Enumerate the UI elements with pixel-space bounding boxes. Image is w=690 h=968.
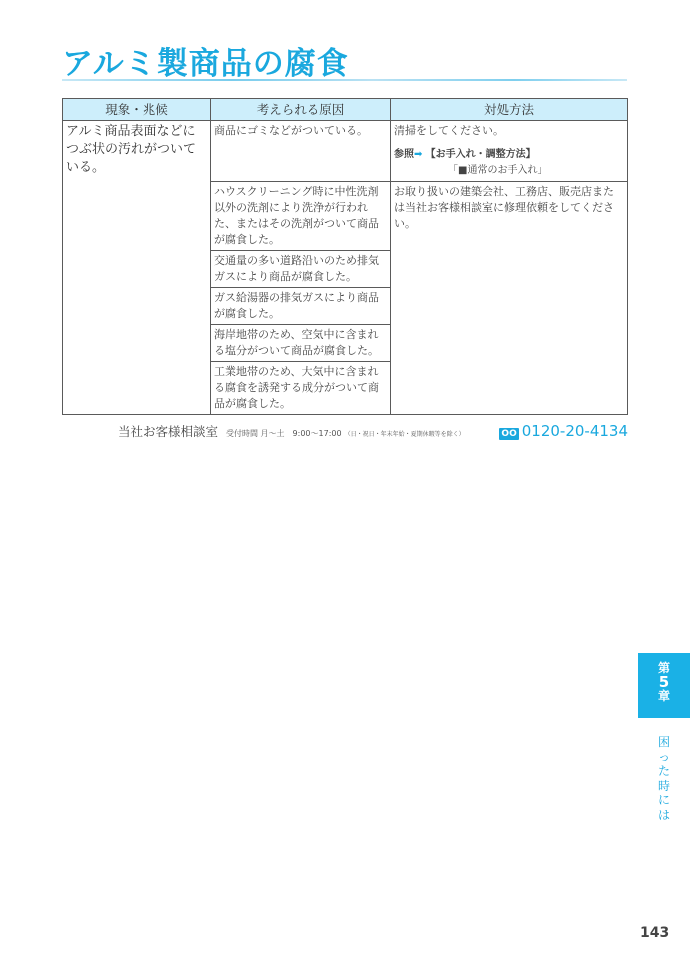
reference-label: 参照 — [394, 149, 414, 160]
remedy-text: 清掃をしてください。 — [394, 123, 624, 139]
cause-cell: 海岸地帯のため、空気中に含まれる塩分がついて商品が腐食した。 — [211, 325, 391, 362]
contact-hours: 受付時間 月～土 9:00～17:00 — [226, 428, 342, 439]
reference-subsection: 「■通常のお手入れ」 — [394, 163, 624, 179]
remedy-cell: お取り扱いの建築会社、工務店、販売店または当社お客様相談室に修理依頼をしてくださ… — [391, 182, 628, 415]
arrow-right-icon: ➡ — [414, 149, 422, 160]
cause-cell: ハウスクリーニング時に中性洗剤以外の洗剤により洗浄が行われた、またはその洗剤がつ… — [211, 182, 391, 251]
freedial-icon: OO — [499, 428, 518, 440]
title-underline — [62, 79, 627, 81]
symptom-cell: アルミ商品表面などにつぶ状の汚れがついている。 — [63, 121, 211, 415]
page-number: 143 — [640, 925, 669, 941]
chapter-suffix: 章 — [658, 689, 670, 703]
header-symptom: 現象・兆候 — [63, 99, 211, 121]
cause-cell: 交通量の多い道路沿いのため排気ガスにより商品が腐食した。 — [211, 251, 391, 288]
customer-contact: 当社お客様相談室 受付時間 月～土 9:00～17:00 （日・祝日・年末年始・… — [118, 422, 628, 440]
reference-link[interactable]: 参照➡ 【お手入れ・調整方法】 「■通常のお手入れ」 — [394, 147, 624, 179]
page-title: アルミ製商品の腐食 — [62, 38, 349, 83]
contact-hours-note: （日・祝日・年末年始・夏期休暇等を除く） — [345, 429, 465, 438]
chapter-label: 困った時には — [656, 735, 672, 822]
reference-section: 【お手入れ・調整方法】 — [426, 149, 536, 160]
header-cause: 考えられる原因 — [211, 99, 391, 121]
troubleshooting-table: 現象・兆候 考えられる原因 対処方法 アルミ商品表面などにつぶ状の汚れがついてい… — [62, 98, 628, 415]
table-row: アルミ商品表面などにつぶ状の汚れがついている。 商品にゴミなどがついている。 清… — [63, 121, 628, 182]
cause-cell: ガス給湯器の排気ガスにより商品が腐食した。 — [211, 288, 391, 325]
cause-cell: 工業地帯のため、大気中に含まれる腐食を誘発する成分がついて商品が腐食した。 — [211, 362, 391, 415]
contact-name: 当社お客様相談室 — [118, 422, 218, 440]
header-remedy: 対処方法 — [391, 99, 628, 121]
phone-number[interactable]: 0120-20-4134 — [522, 422, 628, 440]
chapter-number: 5 — [638, 675, 690, 689]
table-header-row: 現象・兆候 考えられる原因 対処方法 — [63, 99, 628, 121]
remedy-cell: 清掃をしてください。 参照➡ 【お手入れ・調整方法】 「■通常のお手入れ」 — [391, 121, 628, 182]
cause-cell: 商品にゴミなどがついている。 — [211, 121, 391, 182]
chapter-tab[interactable]: 第 5 章 — [638, 653, 690, 718]
